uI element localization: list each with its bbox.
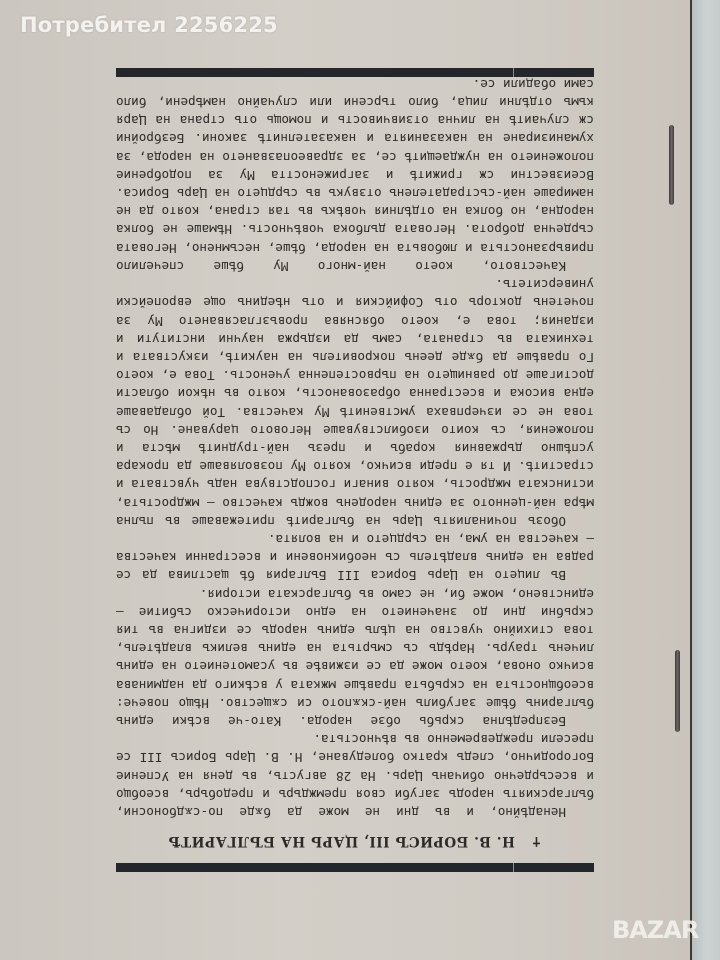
staple-bottom (675, 650, 680, 732)
staple-top (669, 125, 674, 205)
paragraph-1: Ненадѣйно, и въ дни не може да бѫде по-с… (116, 730, 594, 821)
footer-rule (116, 68, 594, 77)
heading-rule (116, 863, 594, 872)
bazar-logo: BAZAR (612, 916, 698, 944)
article-body: Ненадѣйно, и въ дни не може да бѫде по-с… (116, 75, 594, 821)
cross-icon: ✝ (530, 833, 542, 849)
article-heading: ✝ Н. В. БОРИСЪ III, ЦАРЬ НА БЪЛГАРИТѢ (116, 833, 594, 849)
paragraph-4: Обозъ починалиятъ Царь на българитѣ прит… (116, 275, 594, 530)
paragraph-5: Качеството, което най-много Му бѣше спеч… (116, 75, 594, 275)
paragraph-2: Безпредѣлна скрьбь обзе народа. Като-че … (116, 584, 594, 730)
paragraph-3: Въ лицето на Царь Бориса III България бѣ… (116, 530, 594, 585)
user-watermark: Потребител 2256225 (20, 13, 278, 37)
printed-page: ✝ Н. В. БОРИСЪ III, ЦАРЬ НА БЪЛГАРИТѢ Не… (116, 68, 594, 872)
page-edge-binding (690, 0, 720, 960)
heading-title: Н. В. БОРИСЪ III, ЦАРЬ НА БЪЛГАРИТѢ (168, 833, 515, 849)
